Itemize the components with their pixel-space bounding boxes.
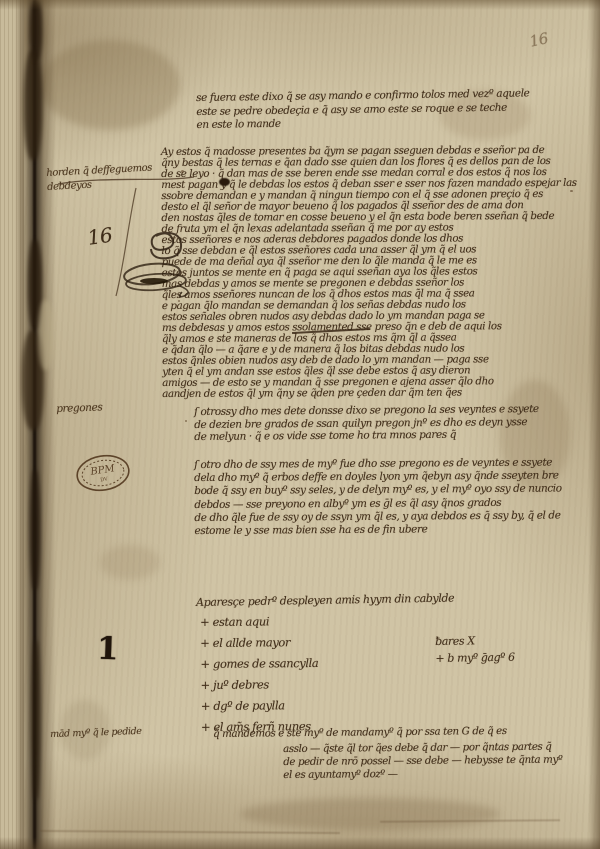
pregon-first-paragraph: ſ otrossy dho mes dete donsse dixo se pr…: [194, 403, 539, 444]
text-line: + juº debres: [201, 674, 319, 696]
text-line: ƀares X: [435, 632, 515, 650]
text-line: + estan aqui: [200, 611, 318, 633]
spiral-scribble: [110, 226, 200, 300]
text-line: + el allde mayor: [200, 632, 318, 654]
manuscript-scan: 16 se fuera este dixo q̃ se asy mando e …: [0, 0, 600, 849]
text-line: de pedir de nrō possel — sse debe — heby…: [283, 754, 562, 769]
ink-speck: [181, 170, 184, 173]
text-line: de dho q̃le fue de ssy oy de ssyn ym q̃l…: [194, 509, 562, 525]
folio-number: 16: [528, 29, 550, 50]
page-edge-bottom: [0, 837, 600, 849]
pregon-second-paragraph: ſ otro dho de ssy mes de myº fue dho sse…: [194, 456, 562, 538]
ink-speck: [178, 300, 180, 302]
text-line: + gomes de ssancylla: [200, 653, 318, 675]
attendance-list: + estan aqui+ el allde mayor+ gomes de s…: [200, 611, 319, 738]
text-line: bode q̃ ssy en buyº ssy seles, y de dely…: [194, 483, 562, 499]
attendance-right-column: ƀares X+ b myº ḡagº 6: [435, 632, 515, 667]
stamp-monogram: BPM: [89, 463, 116, 478]
closing-paragraph: asslo — q̃ste q̃l tor q̃es debe q̃ dar —…: [283, 741, 563, 782]
stain: [240, 798, 500, 830]
stamp-subtext: DV: [100, 476, 109, 483]
text-line: estome le y sse mas bien sse ha es de fi…: [194, 522, 562, 538]
seam-fray: [32, 640, 40, 800]
margin-note-pregones: pregones: [56, 401, 103, 415]
stain: [100, 545, 160, 580]
text-line: aandjen de estos q̃l ym q̃ny se q̃den pr…: [162, 387, 578, 400]
seam-torn-patch: [38, 300, 54, 370]
ink-blot: [219, 178, 230, 186]
text-line: + b myº ḡagº 6: [435, 649, 515, 667]
archive-stamp: BPM DV: [71, 446, 135, 501]
ink-mark-one: 1: [96, 631, 119, 668]
text-line: el es ayuntamyº dozº —: [283, 767, 562, 782]
page-edge-right: [588, 0, 600, 849]
ink-speck: [185, 420, 187, 422]
seam-fray: [30, 470, 40, 590]
text-line: + dgº de paylla: [201, 695, 319, 717]
stain: [40, 40, 180, 130]
intro-paragraph: se fuera este dixo q̃ se asy mando e con…: [196, 87, 530, 132]
seam-fray: [24, 50, 42, 160]
ink-speck: [570, 190, 573, 192]
page-edge-top: [0, 0, 600, 10]
